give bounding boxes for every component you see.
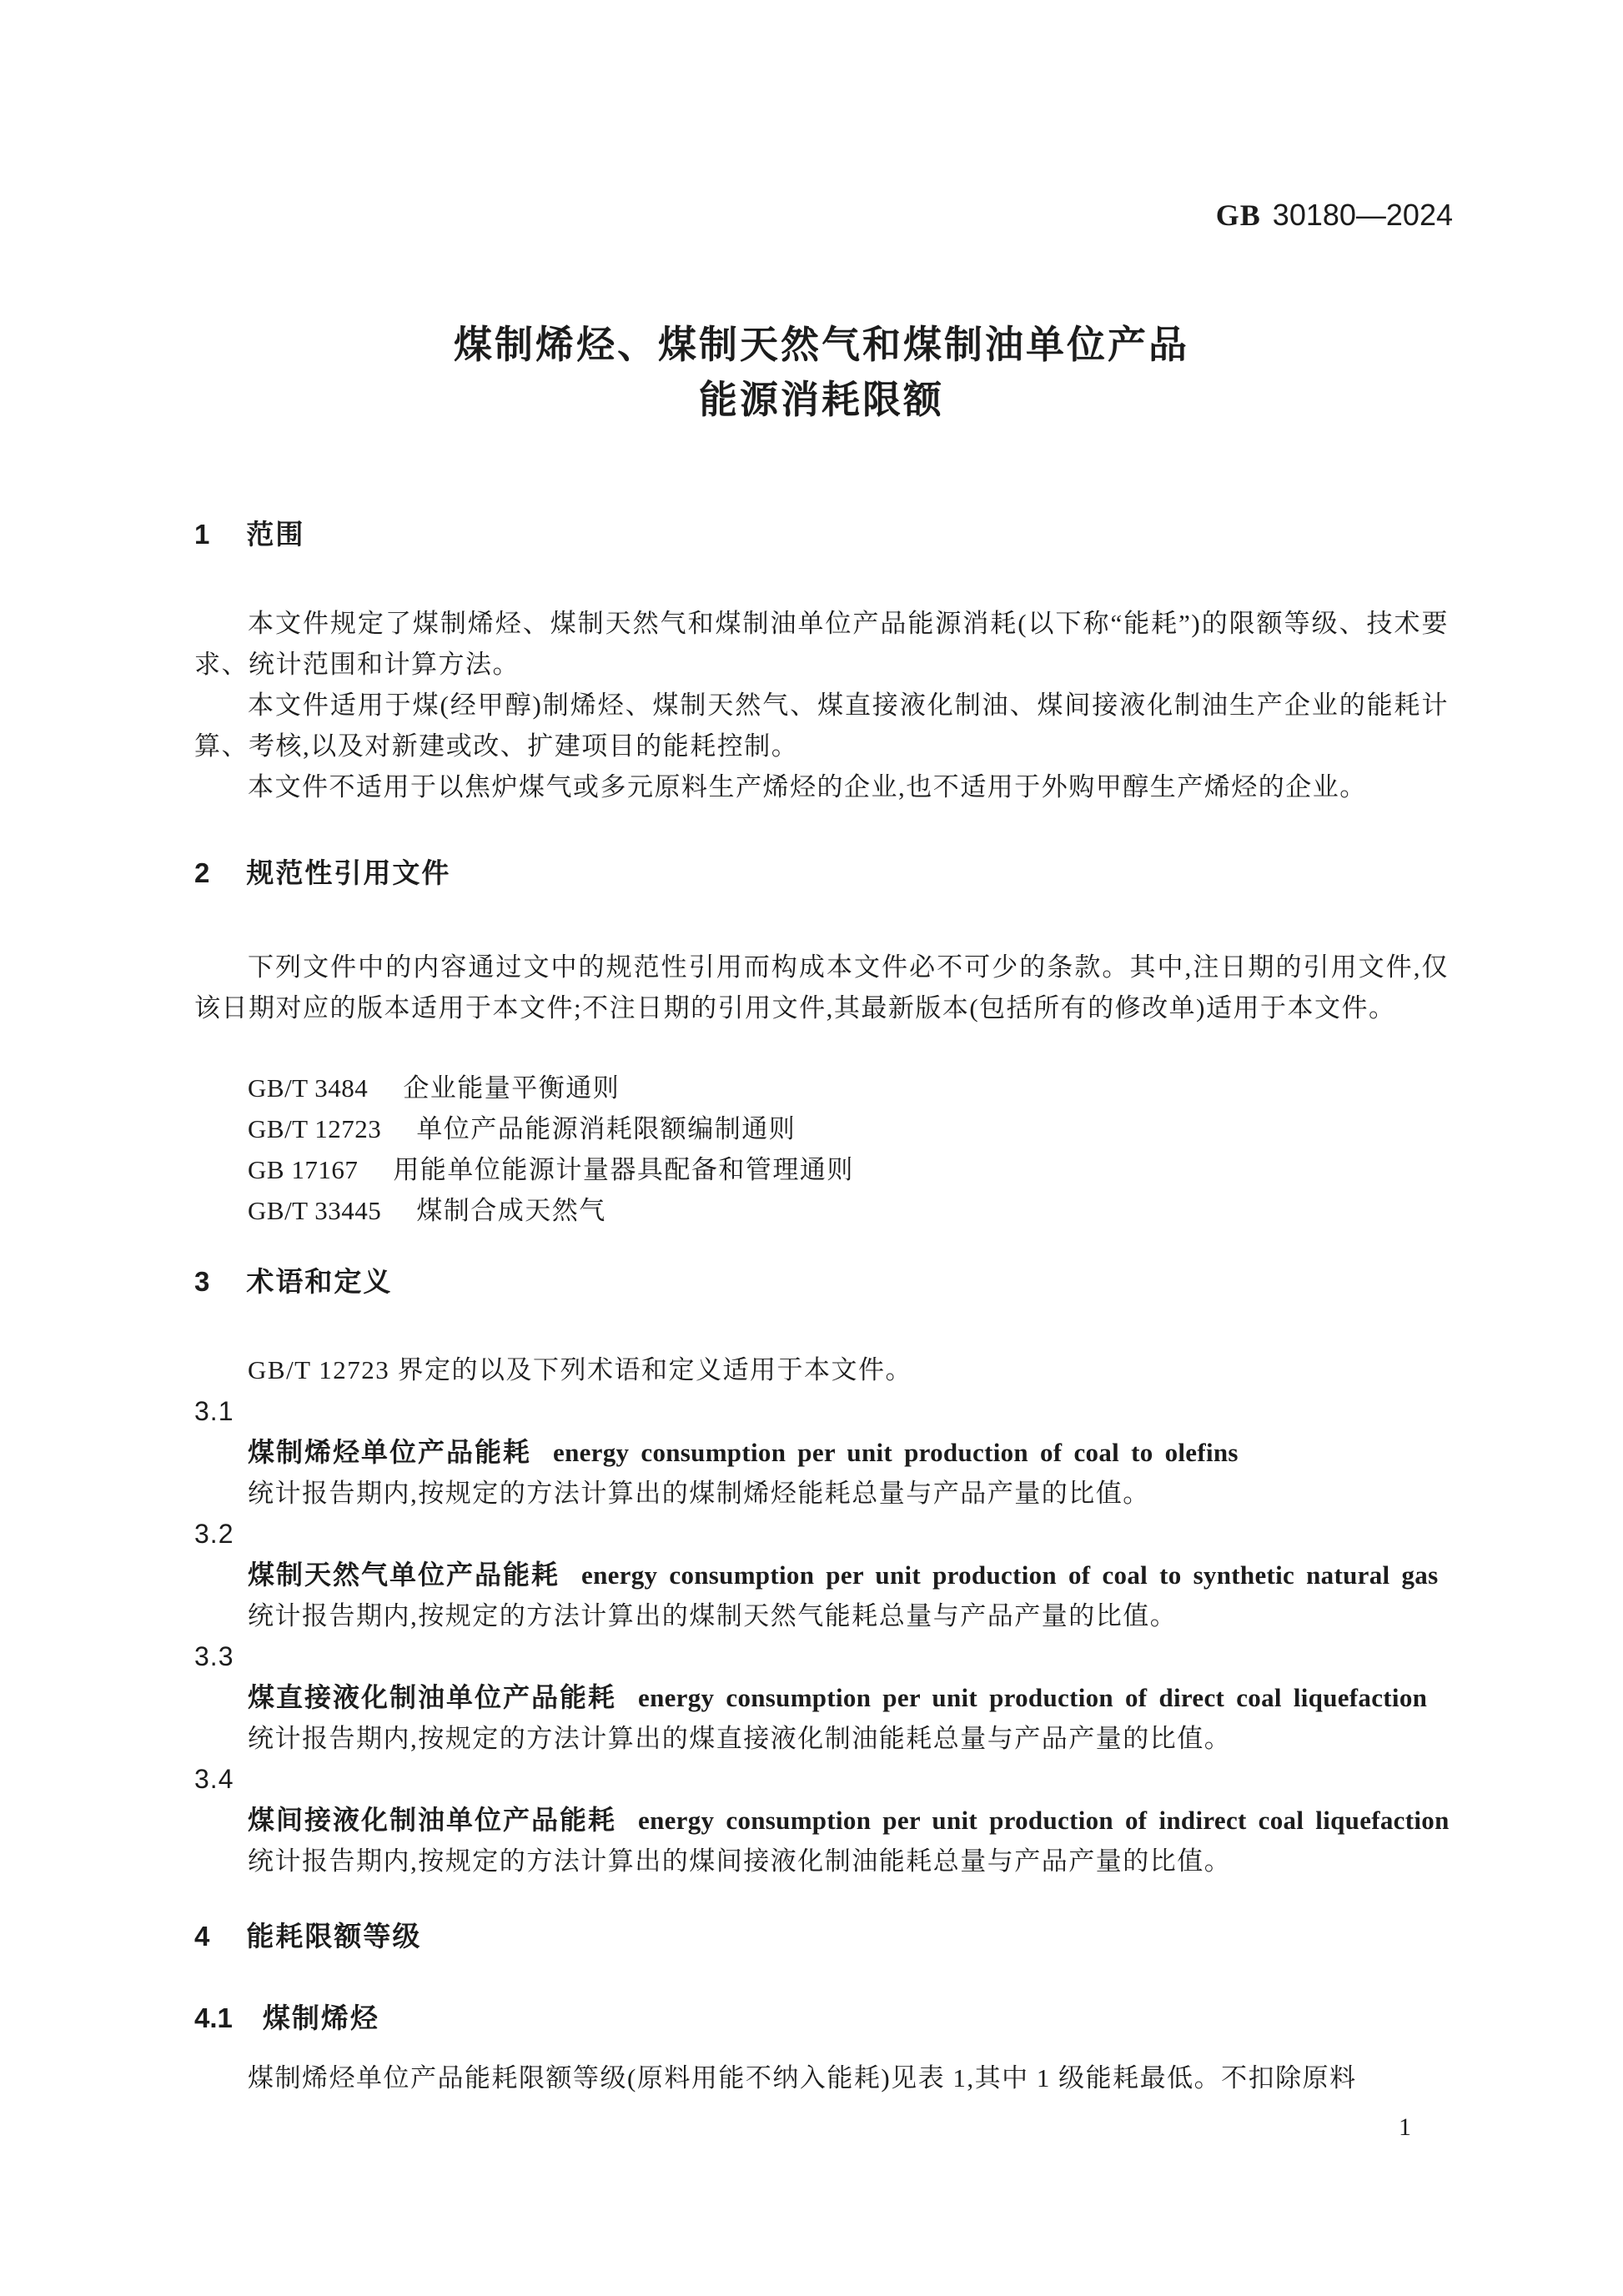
section4-label: 能耗限额等级 — [246, 1921, 421, 1952]
standard-code: GB30180—2024 — [1216, 197, 1453, 234]
standard-code-number: 30180—2024 — [1273, 198, 1453, 232]
normative-references-list: GB/T 3484企业能量平衡通则 GB/T 12723单位产品能源消耗限额编制… — [194, 1068, 1449, 1231]
section1-heading: 1范围 — [194, 514, 1449, 555]
reference-title: 用能单位能源计量器具配备和管理通则 — [393, 1155, 854, 1184]
term-chinese: 煤直接液化制油单位产品能耗 — [248, 1682, 616, 1712]
term-definition: 统计报告期内,按规定的方法计算出的煤间接液化制油能耗总量与产品产量的比值。 — [194, 1841, 1449, 1882]
section4-1-paragraph: 煤制烯烃单位产品能耗限额等级(原料用能不纳入能耗)见表 1,其中 1 级能耗最低… — [194, 2057, 1449, 2098]
section3-heading: 3术语和定义 — [194, 1261, 1449, 1302]
reference-code: GB/T 33445 — [248, 1196, 381, 1225]
standard-code-prefix: GB — [1216, 198, 1261, 232]
section1-label: 范围 — [246, 519, 304, 550]
section1-paragraph-3: 本文件不适用于以焦炉煤气或多元原料生产烯烃的企业,也不适用于外购甲醇生产烯烃的企… — [194, 766, 1449, 807]
term-entry: 煤间接液化制油单位产品能耗energy consumption per unit… — [194, 1800, 1449, 1841]
reference-item: GB/T 12723单位产品能源消耗限额编制通则 — [194, 1108, 1449, 1149]
term-chinese: 煤制烯烃单位产品能耗 — [248, 1437, 531, 1467]
document-title-line1: 煤制烯烃、煤制天然气和煤制油单位产品 — [194, 317, 1449, 372]
term-entry: 煤制天然气单位产品能耗energy consumption per unit p… — [194, 1555, 1449, 1595]
terms-definitions-block: 3.1 煤制烯烃单位产品能耗energy consumption per uni… — [194, 1391, 1449, 1882]
document-title-line2: 能源消耗限额 — [194, 372, 1449, 427]
term-english: energy consumption per unit production o… — [553, 1438, 1239, 1467]
section4-1-label: 煤制烯烃 — [263, 2002, 379, 2033]
section4-1-number: 4.1 — [194, 2002, 233, 2033]
term-definition: 统计报告期内,按规定的方法计算出的煤直接液化制油能耗总量与产品产量的比值。 — [194, 1718, 1449, 1759]
section1-number: 1 — [194, 519, 209, 550]
term-definition: 统计报告期内,按规定的方法计算出的煤制天然气能耗总量与产品产量的比值。 — [194, 1595, 1449, 1636]
section2-heading: 2规范性引用文件 — [194, 852, 1449, 893]
section3-intro: GB/T 12723 界定的以及下列术语和定义适用于本文件。 — [194, 1349, 1449, 1390]
reference-title: 单位产品能源消耗限额编制通则 — [416, 1114, 796, 1143]
section4-1-heading: 4.1煤制烯烃 — [194, 1997, 1449, 2038]
term-entry: 煤制烯烃单位产品能耗energy consumption per unit pr… — [194, 1432, 1449, 1473]
section2-number: 2 — [194, 857, 209, 888]
term-english: energy consumption per unit production o… — [638, 1683, 1427, 1712]
term-clause-number: 3.1 — [194, 1391, 1449, 1432]
term-clause-number: 3.4 — [194, 1759, 1449, 1800]
term-clause-number: 3.3 — [194, 1636, 1449, 1677]
section1-paragraph-2: 本文件适用于煤(经甲醇)制烯烃、煤制天然气、煤直接液化制油、煤间接液化制油生产企… — [194, 685, 1449, 766]
section4-heading: 4能耗限额等级 — [194, 1916, 1449, 1957]
term-definition: 统计报告期内,按规定的方法计算出的煤制烯烃能耗总量与产品产量的比值。 — [194, 1473, 1449, 1514]
reference-code: GB/T 3484 — [248, 1073, 368, 1103]
section2-label: 规范性引用文件 — [246, 857, 450, 888]
section3-label: 术语和定义 — [246, 1266, 392, 1297]
reference-title: 企业能量平衡通则 — [403, 1073, 620, 1103]
reference-item: GB 17167用能单位能源计量器具配备和管理通则 — [194, 1149, 1449, 1190]
page-number: 1 — [1399, 2108, 1411, 2148]
reference-item: GB/T 33445煤制合成天然气 — [194, 1190, 1449, 1231]
term-english: energy consumption per unit production o… — [638, 1806, 1450, 1835]
document-title: 煤制烯烃、煤制天然气和煤制油单位产品 能源消耗限额 — [194, 317, 1449, 427]
document-page: GB30180—2024 煤制烯烃、煤制天然气和煤制油单位产品 能源消耗限额 1… — [0, 0, 1623, 2296]
reference-title: 煤制合成天然气 — [416, 1196, 606, 1225]
section1-paragraph-1: 本文件规定了煤制烯烃、煤制天然气和煤制油单位产品能源消耗(以下称“能耗”)的限额… — [194, 603, 1449, 685]
term-english: energy consumption per unit production o… — [581, 1560, 1438, 1590]
term-entry: 煤直接液化制油单位产品能耗energy consumption per unit… — [194, 1677, 1449, 1718]
term-chinese: 煤制天然气单位产品能耗 — [248, 1560, 560, 1590]
reference-code: GB/T 12723 — [248, 1114, 381, 1143]
section2-paragraph: 下列文件中的内容通过文中的规范性引用而构成本文件必不可少的条款。其中,注日期的引… — [194, 947, 1449, 1028]
term-chinese: 煤间接液化制油单位产品能耗 — [248, 1805, 616, 1835]
section3-number: 3 — [194, 1266, 209, 1297]
reference-code: GB 17167 — [248, 1155, 358, 1184]
reference-item: GB/T 3484企业能量平衡通则 — [194, 1068, 1449, 1108]
term-clause-number: 3.2 — [194, 1514, 1449, 1555]
section4-number: 4 — [194, 1921, 209, 1952]
